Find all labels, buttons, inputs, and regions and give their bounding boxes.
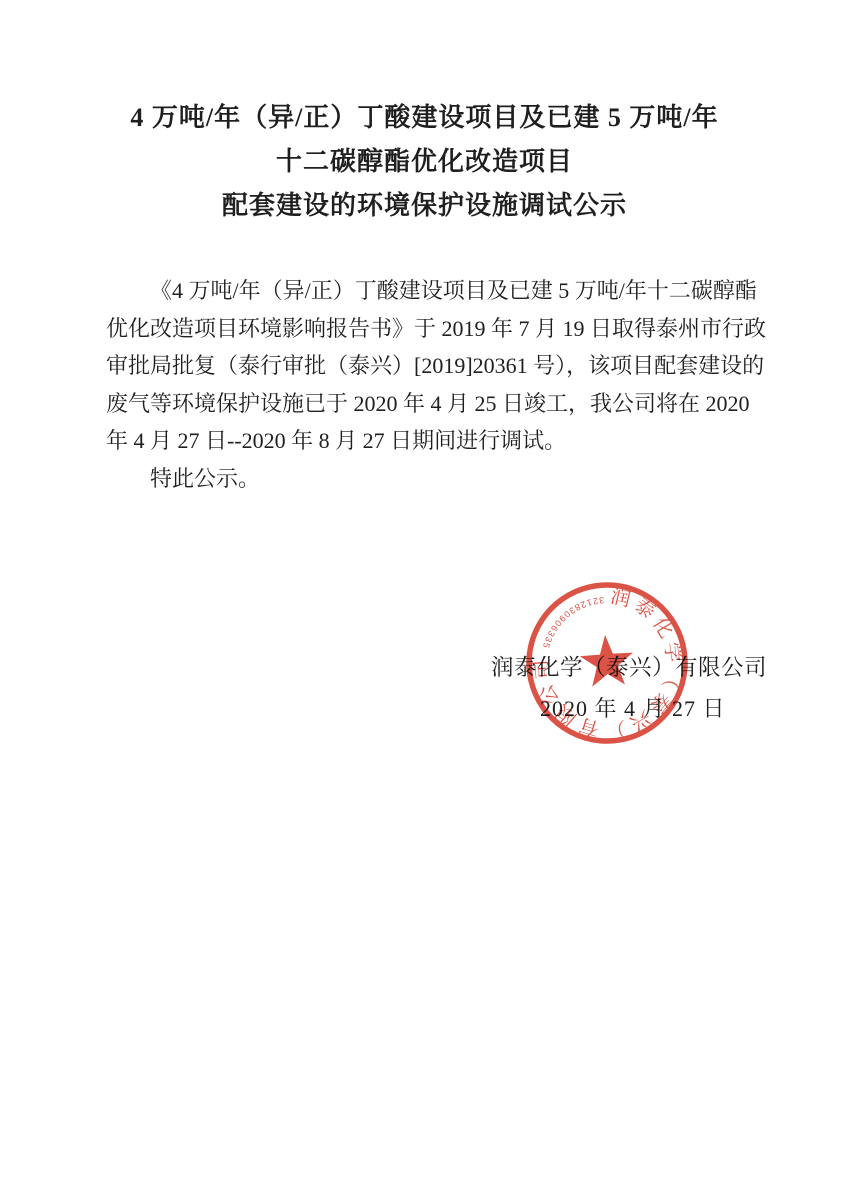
body-line: 《4 万吨/年（异/正）丁酸建设项目及已建 5 万吨/年十二碳醇酯	[106, 272, 730, 310]
company-seal-stamp: 润泰化学（泰兴）有限公司 3212830906335	[522, 578, 692, 748]
body-paragraph: 《4 万吨/年（异/正）丁酸建设项目及已建 5 万吨/年十二碳醇酯优化改造项目环…	[106, 272, 730, 460]
title-line-1: 4 万吨/年（异/正）丁酸建设项目及已建 5 万吨/年	[0, 96, 849, 140]
title-line-2: 十二碳醇酯优化改造项目	[0, 140, 849, 184]
document-page: 4 万吨/年（异/正）丁酸建设项目及已建 5 万吨/年 十二碳醇酯优化改造项目 …	[0, 0, 849, 1200]
body-line: 优化改造项目环境影响报告书》于 2019 年 7 月 19 日取得泰州市行政	[106, 310, 730, 348]
stamp-star-icon	[572, 629, 645, 702]
body-line: 废气等环境保护设施已于 2020 年 4 月 25 日竣工，我公司将在 2020	[106, 385, 730, 423]
title-line-3: 配套建设的环境保护设施调试公示	[0, 184, 849, 228]
document-title: 4 万吨/年（异/正）丁酸建设项目及已建 5 万吨/年 十二碳醇酯优化改造项目 …	[0, 96, 849, 228]
closing-line: 特此公示。	[106, 460, 730, 498]
document-body: 《4 万吨/年（异/正）丁酸建设项目及已建 5 万吨/年十二碳醇酯优化改造项目环…	[106, 272, 730, 498]
body-line: 审批局批复（泰行审批（泰兴）[2019]20361 号），该项目配套建设的	[106, 347, 730, 385]
body-line: 年 4 月 27 日--2020 年 8 月 27 日期间进行调试。	[106, 422, 730, 460]
